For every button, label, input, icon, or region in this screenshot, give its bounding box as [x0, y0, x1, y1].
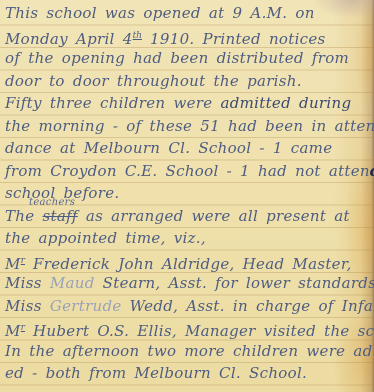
faded-ink-word: Gertrude	[50, 297, 122, 315]
line-text: the morning - of these 51 had been in at…	[5, 117, 374, 135]
line-text: The	[5, 207, 43, 225]
line-text: of the opening had been distributed from	[5, 49, 349, 67]
logbook-entry: This school was opened at 9 A.M. on Mond…	[5, 2, 374, 385]
line-text: Hubert O.S. Ellis, Manager visited the s…	[25, 322, 374, 340]
line-text: ed - both from Melbourn Cl. School.	[5, 364, 307, 382]
line-text: Stearn, Asst. for lower standards.	[95, 274, 374, 292]
logbook-line: Fifty three children were admitted durin…	[5, 92, 374, 115]
line-text: Frederick John Aldridge, Head Master,	[25, 255, 352, 273]
logbook-line: door to door throughout the parish.	[5, 70, 374, 93]
line-text: This school was opened at 9 A.M. on	[5, 4, 315, 22]
line-text: Monday April 4	[5, 30, 133, 48]
line-text: Wedd, Asst. in charge of Infants.	[122, 297, 374, 315]
line-text: M	[5, 255, 21, 273]
logbook-line: Miss Gertrude Wedd, Asst. in charge of I…	[5, 295, 374, 318]
logbook-line: from Croydon C.E. School - 1 had not att…	[5, 160, 374, 183]
logbook-line: ed - both from Melbourn Cl. School.	[5, 362, 374, 385]
logbook-line: Mr Frederick John Aldridge, Head Master,	[5, 250, 374, 273]
line-text: dance at Melbourn Cl. School - 1 came	[5, 139, 332, 157]
line-text: as arranged were all present at	[78, 207, 350, 225]
logbook-line: Monday April 4th 1910. Printed notices	[5, 25, 374, 48]
inserted-word: teachers	[29, 198, 75, 208]
logbook-line: Miss Maud Stearn, Asst. for lower standa…	[5, 272, 374, 295]
logbook-line: In the afternoon two more children were …	[5, 340, 374, 363]
line-text: Miss	[5, 297, 50, 315]
faded-ink-word: Maud	[50, 274, 95, 292]
logbook-line: the appointed time, viz.,	[5, 227, 374, 250]
line-text: the appointed time, viz.,	[5, 229, 206, 247]
logbook-page: This school was opened at 9 A.M. on Mond…	[0, 0, 374, 392]
superscript-ordinal: th	[133, 31, 142, 41]
line-text: Fifty three children were	[5, 94, 220, 112]
line-text: In the afternoon two more children were …	[5, 342, 374, 360]
logbook-line: of the opening had been distributed from	[5, 47, 374, 70]
logbook-line: The staffteachers as arranged were all p…	[5, 205, 374, 228]
darker-ink-words: admitted during	[220, 94, 351, 112]
logbook-line: the morning - of these 51 had been in at…	[5, 115, 374, 138]
line-text: 1910. Printed notices	[142, 30, 326, 48]
correction-group: The staffteachers	[5, 205, 78, 229]
struck-word: staff	[43, 207, 78, 225]
logbook-line: Mr Hubert O.S. Ellis, Manager visited th…	[5, 317, 374, 340]
line-text: from Croydon C.E. School - 1 had not att…	[5, 162, 370, 180]
line-text: M	[5, 322, 21, 340]
line-text: Miss	[5, 274, 50, 292]
reinked-word-ending: ded	[370, 162, 374, 180]
line-text: door to door throughout the parish.	[5, 72, 302, 90]
logbook-line: This school was opened at 9 A.M. on	[5, 2, 374, 25]
logbook-line: dance at Melbourn Cl. School - 1 came	[5, 137, 374, 160]
